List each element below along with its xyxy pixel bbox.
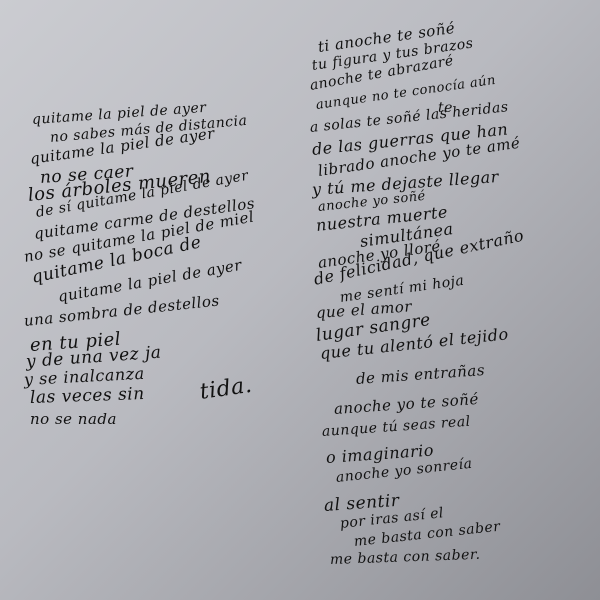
handwriting-artwork: quitame la piel de ayerno sabes más de d… bbox=[0, 0, 600, 600]
handwritten-line: de mis entrañas bbox=[355, 361, 485, 388]
handwritten-line: me basta con saber. bbox=[330, 547, 481, 568]
handwritten-line: aunque tú seas real bbox=[321, 414, 471, 440]
handwritten-line: tida. bbox=[198, 373, 254, 405]
handwritten-line: las veces sin bbox=[30, 384, 145, 408]
handwritten-line: una sombra de destellos bbox=[23, 291, 220, 329]
handwritten-line: no se nada bbox=[30, 410, 117, 428]
